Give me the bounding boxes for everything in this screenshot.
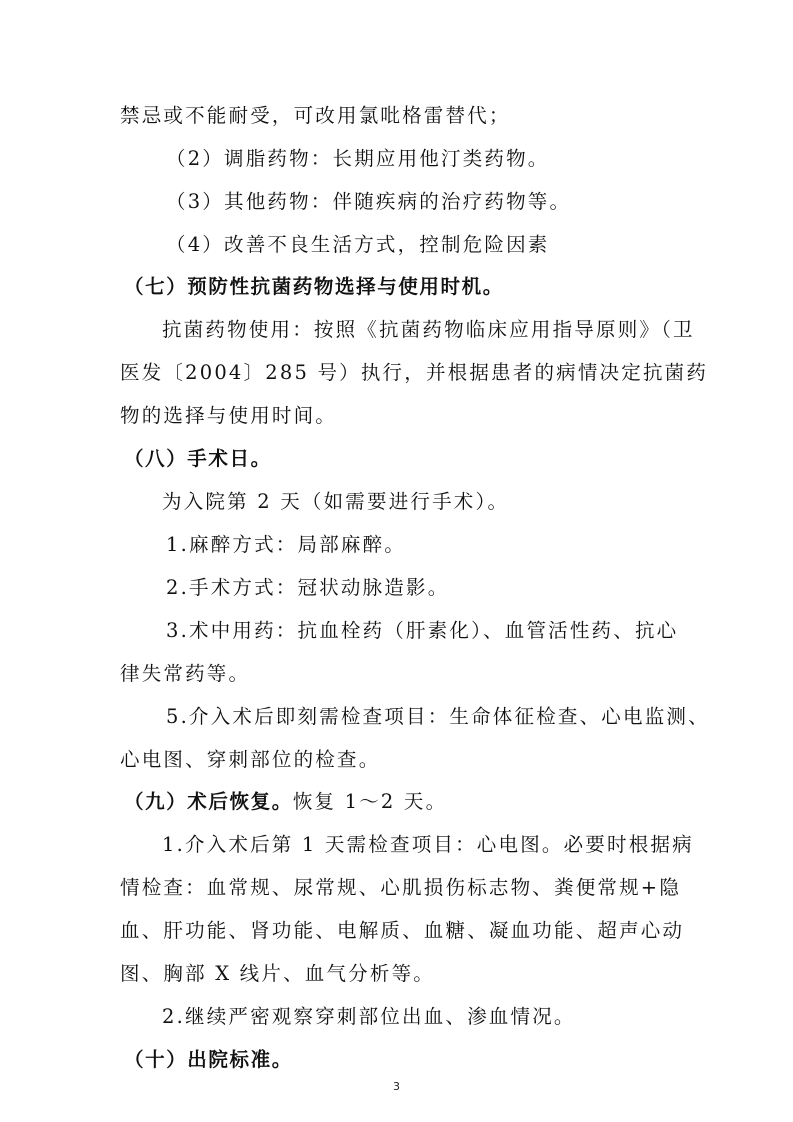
- list-item-observe-puncture: 2.继续严密观察穿刺部位出血、渗血情况。: [162, 1005, 576, 1029]
- body-text-line: 物的选择与使用时间。: [120, 404, 337, 428]
- list-item-postop-checks: 5.介入术后即刻需检查项目：生命体征检查、心电监测、: [166, 705, 710, 729]
- section-heading-discharge: （十）出院标准。: [124, 1048, 293, 1072]
- list-item-lifestyle: （4）改善不良生活方式，控制危险因素: [166, 233, 550, 257]
- section-heading-recovery: （九）术后恢复。: [124, 790, 293, 813]
- list-item-day1-checks: 1.介入术后第 1 天需检查项目：心电图。必要时根据病: [162, 833, 694, 857]
- body-text-line: 血、肝功能、肾功能、电解质、血糖、凝血功能、超声心动: [120, 919, 684, 943]
- body-text-line: 图、胸部 X 线片、血气分析等。: [120, 962, 435, 986]
- body-text-line: 心电图、穿刺部位的检查。: [120, 748, 380, 772]
- list-item-intraop-drugs: 3.术中用药：抗血栓药（肝素化）、血管活性药、抗心: [166, 619, 678, 643]
- body-text-line: 医发〔2004〕285 号）执行，并根据患者的病情决定抗菌药: [120, 361, 708, 385]
- section-heading-recovery-line: （九）术后恢复。恢复 1～2 天。: [124, 790, 447, 814]
- document-page: 禁忌或不能耐受，可改用氯吡格雷替代； （2）调脂药物：长期应用他汀类药物。 （3…: [0, 0, 793, 1122]
- section-heading-antibiotics: （七）预防性抗菌药物选择与使用时机。: [124, 275, 504, 299]
- body-text-line: 为入院第 2 天（如需要进行手术）。: [162, 490, 509, 514]
- list-item-other-drugs: （3）其他药物：伴随疾病的治疗药物等。: [166, 190, 571, 214]
- list-item-surgery-method: 2.手术方式：冠状动脉造影。: [166, 576, 449, 600]
- page-number: 3: [0, 1080, 793, 1093]
- list-item-anesthesia: 1.麻醉方式：局部麻醉。: [166, 533, 406, 557]
- body-text-line: 情检查：血常规、尿常规、心肌损伤标志物、粪便常规+隐: [120, 876, 681, 900]
- body-text-line: 抗菌药物使用：按照《抗菌药物临床应用指导原则》（卫: [162, 318, 695, 342]
- body-text-line: 禁忌或不能耐受，可改用氯吡格雷替代；: [120, 104, 511, 128]
- list-item-lipid-drugs: （2）调脂药物：长期应用他汀类药物。: [166, 147, 550, 171]
- section-heading-surgery-day: （八）手术日。: [124, 447, 272, 471]
- body-text-line: 律失常药等。: [120, 662, 250, 686]
- recovery-duration: 恢复 1～2 天。: [293, 790, 448, 813]
